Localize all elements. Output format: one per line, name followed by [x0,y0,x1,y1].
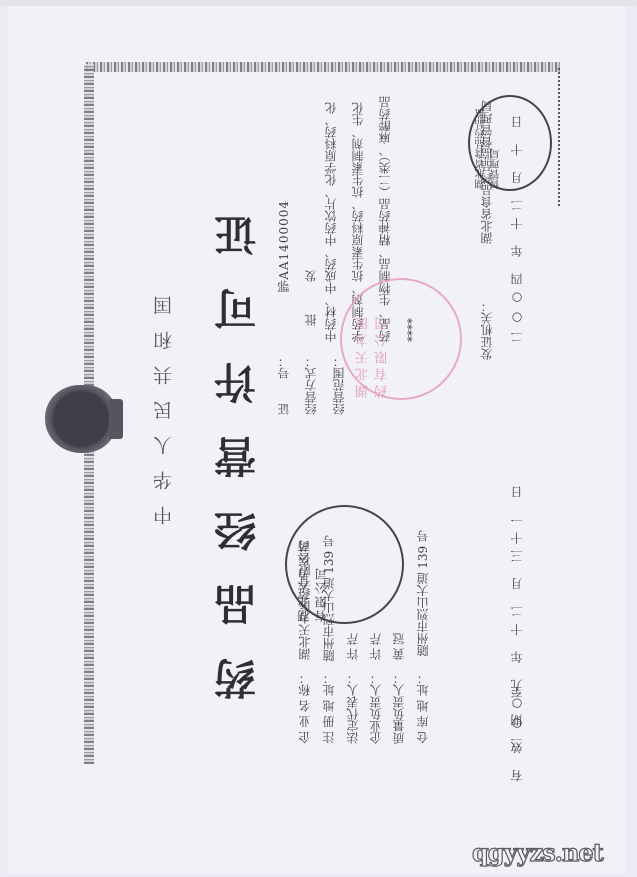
issuer-label: 发证机关： [478,300,495,360]
field-label-quality-head: 质量负责人： [390,672,407,744]
field-label-registered-address: 注 册 地 址： [320,672,337,743]
field-value-enterprise-head: 许芹 [367,630,384,660]
validity-value: 二○○九 年 十二 月 三十一 日 [508,480,525,749]
field-label-company-name: 企 业 名 称： [296,672,313,743]
field-value-business-mode: 批 发 [302,260,319,326]
field-label-warehouse-address: 仓 库 地 址： [414,672,431,743]
company-seal-red: 湖北天力医药有限公司 [340,278,462,400]
company-seal-black: 湖北天力医药有限公司 [285,505,404,624]
company-seal-red-text: 湖北天力医药有限公司 [354,300,392,398]
country-header: 中华人民共和国 [150,280,177,525]
field-value-license-no: 鄂AA1400004 [275,200,292,293]
field-label-license-no: 证 号： [275,355,292,415]
issuer-seal: 湖北省食品药品监督管理局 [468,95,552,191]
national-emblem-icon [45,385,117,453]
field-value-legal-rep: 许芹 [344,630,361,660]
field-value-quality-head: 黄冠 [390,630,407,660]
field-label-enterprise-head: 企业负责人： [367,672,384,744]
site-watermark: qgyyzs.net [472,838,603,867]
field-value-warehouse-address: 随州市烈山大道 139 号 [414,530,431,657]
issuer-seal-text: 湖北省食品药品监督管理局 [474,103,504,189]
field-label-legal-rep: 法定代表人： [344,672,361,744]
decorative-border-top [86,62,560,72]
decorative-border-right [558,66,560,206]
field-label-business-mode: 经营方式： [302,355,319,415]
company-seal-black-text: 湖北天力医药有限公司 [295,525,329,622]
license-title: 药品经营许可证 [208,180,268,700]
